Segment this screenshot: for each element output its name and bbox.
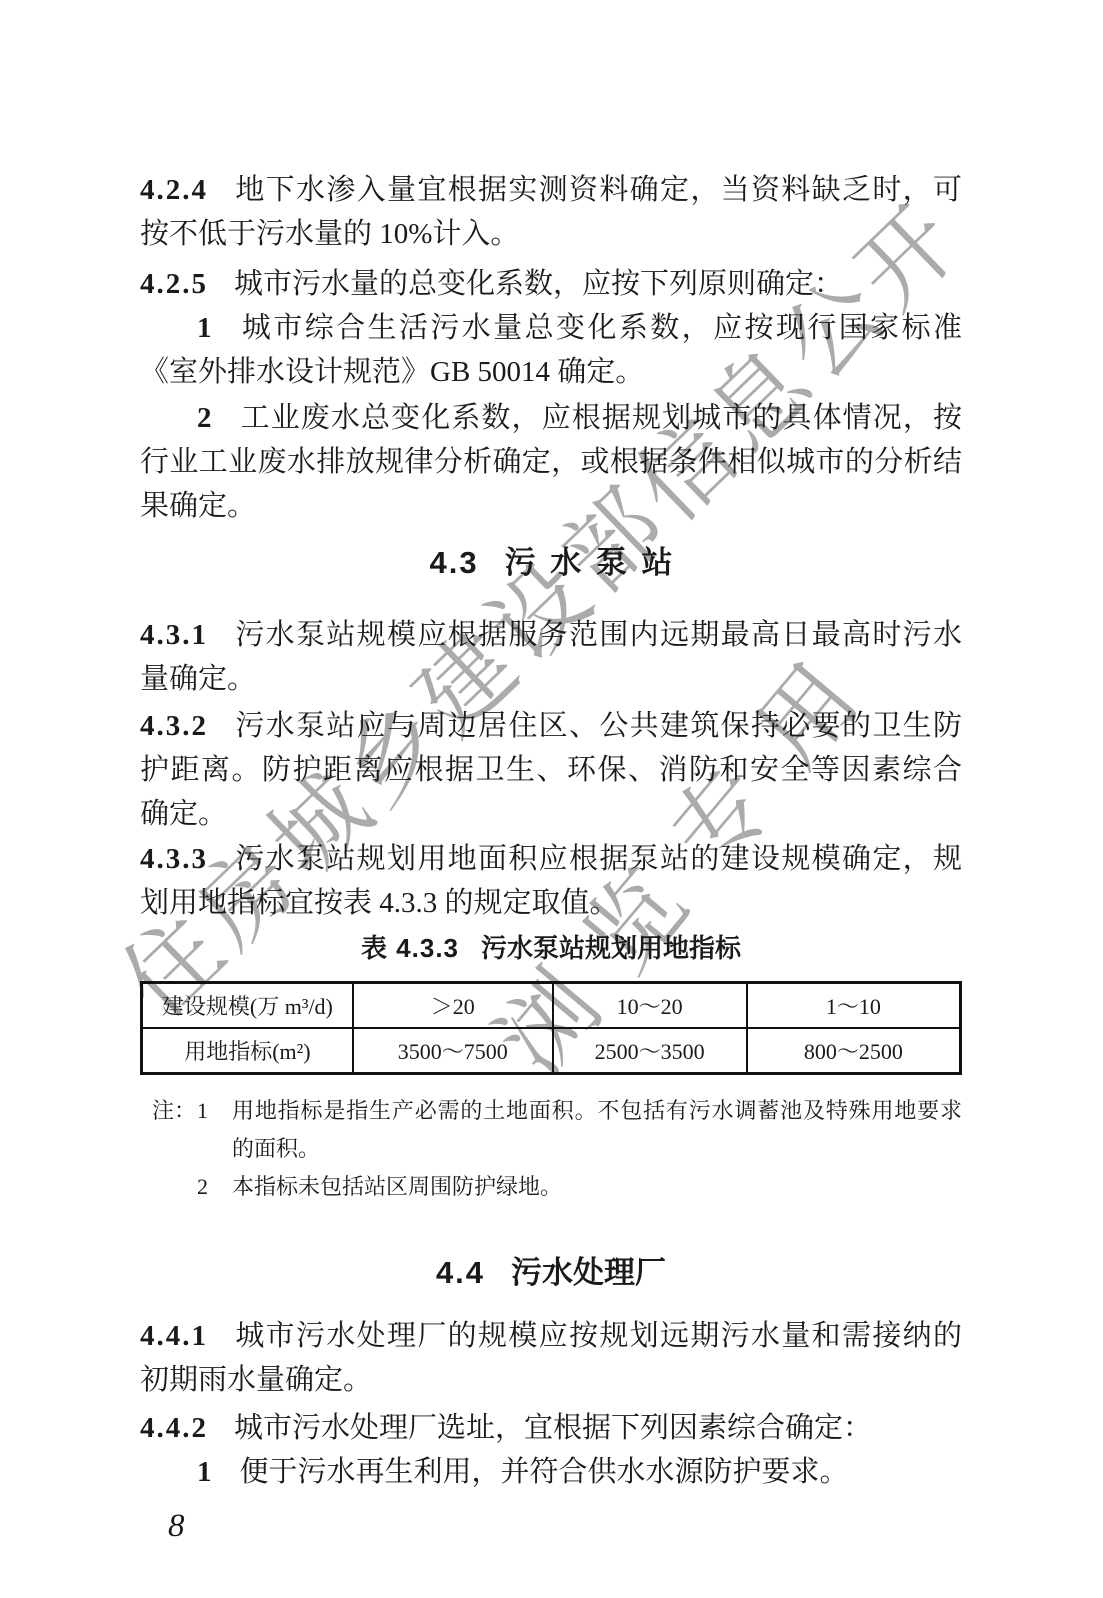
table-cell: 800～2500 xyxy=(747,1028,961,1074)
table-cell: 10～20 xyxy=(553,983,747,1029)
line-text: 污水泵站规划用地面积应根据泵站的建设规模确定，规 xyxy=(234,843,962,875)
text-line: 4.2.5城市污水量的总变化系数，应按下列原则确定： xyxy=(140,262,962,306)
text-line: 4.4.1城市污水处理厂的规模应按规划远期污水量和需接纳的 xyxy=(140,1314,962,1358)
text-line: 划用地指标宜按表 4.3.3 的规定取值。 xyxy=(140,881,962,925)
text-line: 量确定。 xyxy=(140,657,962,701)
line-text: 城市污水处理厂的规模应按规划远期污水量和需接纳的 xyxy=(234,1320,962,1352)
text-line: 1城市综合生活污水量总变化系数，应按现行国家标准 xyxy=(140,306,962,350)
clause-number: 1 xyxy=(197,312,214,344)
land-use-indicator-table: 建设规模(万 m³/d) ＞20 10～20 1～10 用地指标(m²) 350… xyxy=(140,981,962,1075)
clause-block: 4.3.1污水泵站规模应根据服务范围内远期最高日最高时污水量确定。 xyxy=(140,613,962,701)
text-line: 《室外排水设计规范》GB 50014 确定。 xyxy=(140,350,962,394)
line-text: 便于污水再生利用，并符合供水水源防护要求。 xyxy=(240,1456,849,1488)
line-text: 《室外排水设计规范》GB 50014 确定。 xyxy=(140,356,644,388)
table-row: 建设规模(万 m³/d) ＞20 10～20 1～10 xyxy=(142,983,961,1029)
text-line: 护距离。防护距离应根据卫生、环保、消防和安全等因素综合 xyxy=(140,748,962,792)
text-line: 4.3.3污水泵站规划用地面积应根据泵站的建设规模确定，规 xyxy=(140,837,962,881)
clauses-after-table: 4.4污水处理厂4.4.1城市污水处理厂的规模应按规划远期污水量和需接纳的初期雨… xyxy=(140,1251,962,1494)
text-line: 2工业废水总变化系数，应根据规划城市的具体情况，按 xyxy=(140,396,962,440)
clause-number: 4.2.4 xyxy=(140,174,208,206)
table-cell: 1～10 xyxy=(747,983,961,1029)
note-line: 注： 1 用地指标是指生产必需的土地面积。不包括有污水调蓄池及特殊用地要求 xyxy=(152,1092,962,1130)
table-header-cell: 用地指标(m²) xyxy=(142,1028,353,1074)
heading-title: 污水处理厂 xyxy=(511,1255,666,1290)
clause-block: 4.3.3污水泵站规划用地面积应根据泵站的建设规模确定，规划用地指标宜按表 4.… xyxy=(140,837,962,925)
note-text: 用地指标是指生产必需的土地面积。不包括有污水调蓄池及特殊用地要求 xyxy=(232,1092,962,1130)
line-text: 行业工业废水排放规律分析确定，或根据条件相似城市的分析结 xyxy=(140,446,962,478)
table-cell: ＞20 xyxy=(353,983,553,1029)
item-block: 2工业废水总变化系数，应根据规划城市的具体情况，按行业工业废水排放规律分析确定，… xyxy=(140,396,962,528)
text-line: 确定。 xyxy=(140,792,962,836)
text-line: 4.3.1污水泵站规模应根据服务范围内远期最高日最高时污水 xyxy=(140,613,962,657)
line-text: 城市综合生活污水量总变化系数，应按现行国家标准 xyxy=(240,312,963,344)
clause-block: 4.4.1城市污水处理厂的规模应按规划远期污水量和需接纳的初期雨水量确定。 xyxy=(140,1314,962,1402)
line-text: 护距离。防护距离应根据卫生、环保、消防和安全等因素综合 xyxy=(140,754,962,786)
heading-label: 4.3 xyxy=(430,545,479,580)
page-number: 8 xyxy=(168,1504,962,1548)
clause-number: 4.3.2 xyxy=(140,710,208,742)
text-line: 初期雨水量确定。 xyxy=(140,1358,962,1402)
line-text: 工业废水总变化系数，应根据规划城市的具体情况，按 xyxy=(240,402,963,434)
clause-number: 4.3.3 xyxy=(140,843,208,875)
table-notes: 注： 1 用地指标是指生产必需的土地面积。不包括有污水调蓄池及特殊用地要求 的面… xyxy=(152,1092,962,1206)
clause-block: 4.4.2城市污水处理厂选址，宜根据下列因素综合确定： xyxy=(140,1406,962,1450)
line-text: 按不低于污水量的 10%计入。 xyxy=(140,218,519,250)
clause-number: 1 xyxy=(197,1456,214,1488)
clause-number: 4.2.5 xyxy=(140,268,208,300)
text-line: 4.2.4地下水渗入量宜根据实测资料确定，当资料缺乏时，可 xyxy=(140,168,962,212)
section-heading: 4.4污水处理厂 xyxy=(140,1251,962,1295)
item-block: 1城市综合生活污水量总变化系数，应按现行国家标准《室外排水设计规范》GB 500… xyxy=(140,306,962,394)
heading-title: 污 水 泵 站 xyxy=(505,545,673,580)
line-text: 污水泵站应与周边居住区、公共建筑保持必要的卫生防 xyxy=(234,710,962,742)
table-cell: 2500～3500 xyxy=(553,1028,747,1074)
table-row: 用地指标(m²) 3500～7500 2500～3500 800～2500 xyxy=(142,1028,961,1074)
text-column: 4.2.4地下水渗入量宜根据实测资料确定，当资料缺乏时，可按不低于污水量的 10… xyxy=(140,168,962,1548)
table-cell: 3500～7500 xyxy=(353,1028,553,1074)
line-text: 确定。 xyxy=(140,798,227,830)
note-line: 2 本指标未包括站区周围防护绿地。 xyxy=(152,1168,962,1206)
note-line: 的面积。 xyxy=(152,1130,962,1168)
line-text: 污水泵站规模应根据服务范围内远期最高日最高时污水 xyxy=(234,619,962,651)
clause-number: 4.4.2 xyxy=(140,1412,208,1444)
notes-label: 注： xyxy=(152,1092,197,1130)
clause-block: 4.2.4地下水渗入量宜根据实测资料确定，当资料缺乏时，可按不低于污水量的 10… xyxy=(140,168,962,256)
line-text: 量确定。 xyxy=(140,663,256,695)
table-caption: 表 4.3.3污水泵站规划用地指标 xyxy=(140,930,962,966)
text-line: 4.3.2污水泵站应与周边居住区、公共建筑保持必要的卫生防 xyxy=(140,704,962,748)
clauses-before-table: 4.2.4地下水渗入量宜根据实测资料确定，当资料缺乏时，可按不低于污水量的 10… xyxy=(140,168,962,925)
text-line: 按不低于污水量的 10%计入。 xyxy=(140,212,962,256)
line-text: 城市污水处理厂选址，宜根据下列因素综合确定： xyxy=(234,1412,872,1444)
line-text: 初期雨水量确定。 xyxy=(140,1364,372,1396)
item-block: 1便于污水再生利用，并符合供水水源防护要求。 xyxy=(140,1450,962,1494)
line-text: 果确定。 xyxy=(140,490,256,522)
table-header-cell: 建设规模(万 m³/d) xyxy=(142,983,353,1029)
clause-number: 2 xyxy=(197,402,214,434)
line-text: 城市污水量的总变化系数，应按下列原则确定： xyxy=(234,268,843,300)
table-caption-label: 表 4.3.3 xyxy=(361,933,459,963)
clause-block: 4.3.2污水泵站应与周边居住区、公共建筑保持必要的卫生防护距离。防护距离应根据… xyxy=(140,704,962,836)
section-heading: 4.3污 水 泵 站 xyxy=(140,541,962,585)
line-text: 划用地指标宜按表 4.3.3 的规定取值。 xyxy=(140,887,619,919)
heading-label: 4.4 xyxy=(436,1255,485,1290)
text-line: 4.4.2城市污水处理厂选址，宜根据下列因素综合确定： xyxy=(140,1406,962,1450)
note-number: 2 xyxy=(197,1168,232,1206)
text-line: 1便于污水再生利用，并符合供水水源防护要求。 xyxy=(140,1450,962,1494)
document-page: 住房城乡建设部信息公开 浏览专用 4.2.4地下水渗入量宜根据实测资料确定，当资… xyxy=(0,0,1103,1598)
line-text: 地下水渗入量宜根据实测资料确定，当资料缺乏时，可 xyxy=(234,174,962,206)
clause-number: 4.3.1 xyxy=(140,619,208,651)
text-line: 行业工业废水排放规律分析确定，或根据条件相似城市的分析结 xyxy=(140,440,962,484)
note-text: 的面积。 xyxy=(232,1130,962,1168)
table-caption-title: 污水泵站规划用地指标 xyxy=(481,933,741,963)
note-text: 本指标未包括站区周围防护绿地。 xyxy=(232,1168,962,1206)
clause-block: 4.2.5城市污水量的总变化系数，应按下列原则确定： xyxy=(140,262,962,306)
note-number: 1 xyxy=(197,1092,232,1130)
clause-number: 4.4.1 xyxy=(140,1320,208,1352)
text-line: 果确定。 xyxy=(140,484,962,528)
